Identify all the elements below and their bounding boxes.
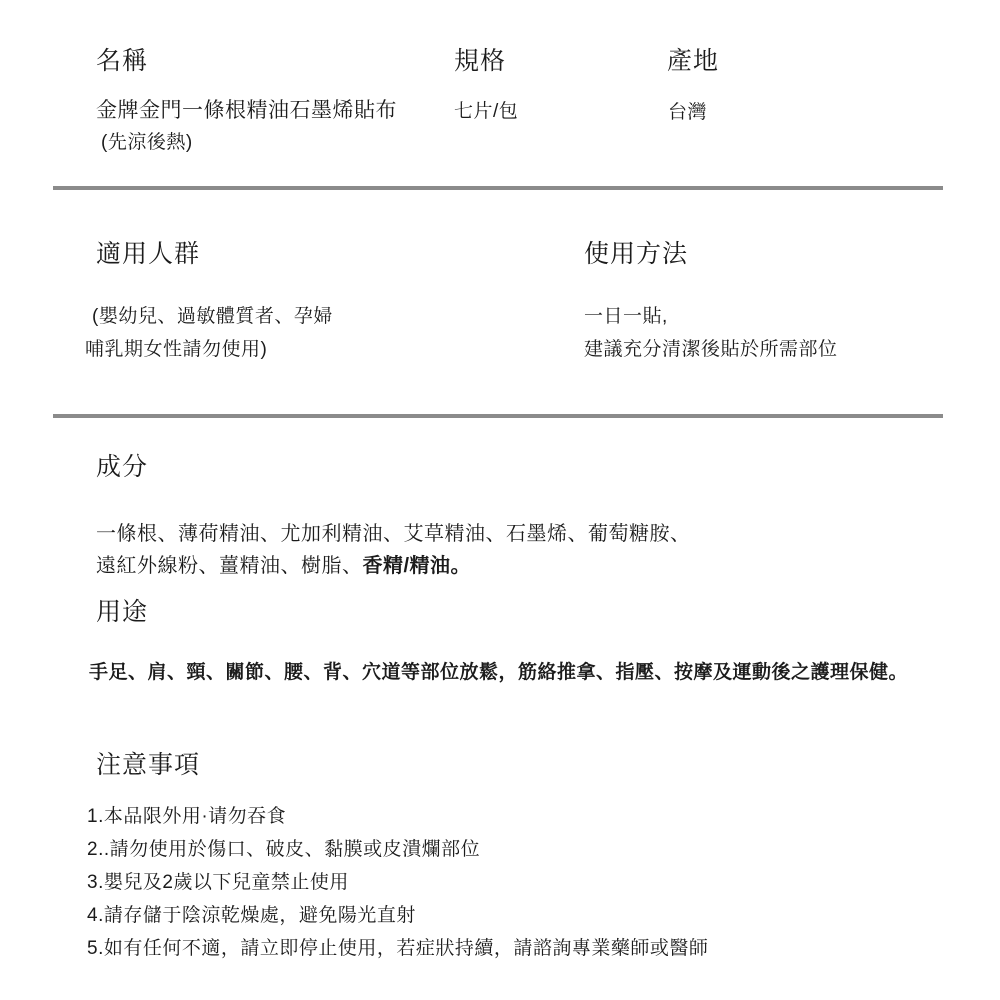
usage-header: 使用方法 [584, 240, 688, 269]
precaution-item-5: 5.如有任何不適，請立即停止使用，若症狀持續，請諮詢專業藥師或醫師 [87, 938, 708, 960]
precaution-item-3: 3.嬰兒及2歲以下兒童禁止使用 [87, 872, 349, 894]
spec-column-header: 規格 [454, 47, 506, 76]
usage-line-1: 一日一貼, [584, 306, 668, 328]
section-divider-top [53, 186, 943, 190]
name-column-header: 名稱 [96, 47, 148, 76]
ingredients-line-2-regular: 遠紅外線粉、薑精油、樹脂、 [96, 555, 363, 577]
spec-value: 七片/包 [454, 101, 518, 123]
product-name-note: (先涼後熱) [101, 132, 193, 154]
section-divider-middle [53, 414, 943, 418]
ingredients-line-2-bold: 香精/精油。 [363, 555, 472, 577]
product-name: 金牌金門一條根精油石墨烯貼布 [96, 99, 397, 123]
precautions-header: 注意事項 [96, 751, 200, 780]
ingredients-line-1: 一條根、薄荷精油、尤加利精油、艾草精油、石墨烯、葡萄糖胺、 [96, 523, 691, 546]
usage-line-2: 建議充分清潔後貼於所需部位 [584, 339, 838, 361]
origin-value: 台灣 [668, 102, 707, 124]
audience-line-1: (嬰幼兒、過敏體質者、孕婦 [92, 306, 333, 328]
precaution-item-4: 4.請存儲于陰涼乾燥處，避免陽光直射 [87, 905, 416, 927]
purpose-body: 手足、肩、頸、關節、腰、背、穴道等部位放鬆，筋絡推拿、指壓、按摩及運動後之護理保… [89, 662, 908, 684]
audience-header: 適用人群 [96, 240, 200, 269]
precaution-item-1: 1.本品限外用·请勿吞食 [87, 806, 286, 828]
ingredients-line-2: 遠紅外線粉、薑精油、樹脂、香精/精油。 [96, 555, 471, 578]
audience-line-2: 哺乳期女性請勿使用) [85, 339, 267, 361]
precaution-item-2: 2..請勿使用於傷口、破皮、黏膜或皮潰爛部位 [87, 839, 480, 861]
origin-column-header: 產地 [667, 47, 719, 76]
product-info-sheet: 名稱 規格 產地 金牌金門一條根精油石墨烯貼布 (先涼後熱) 七片/包 台灣 適… [0, 0, 1000, 1000]
purpose-header: 用途 [96, 598, 148, 627]
ingredients-header: 成分 [96, 453, 148, 482]
